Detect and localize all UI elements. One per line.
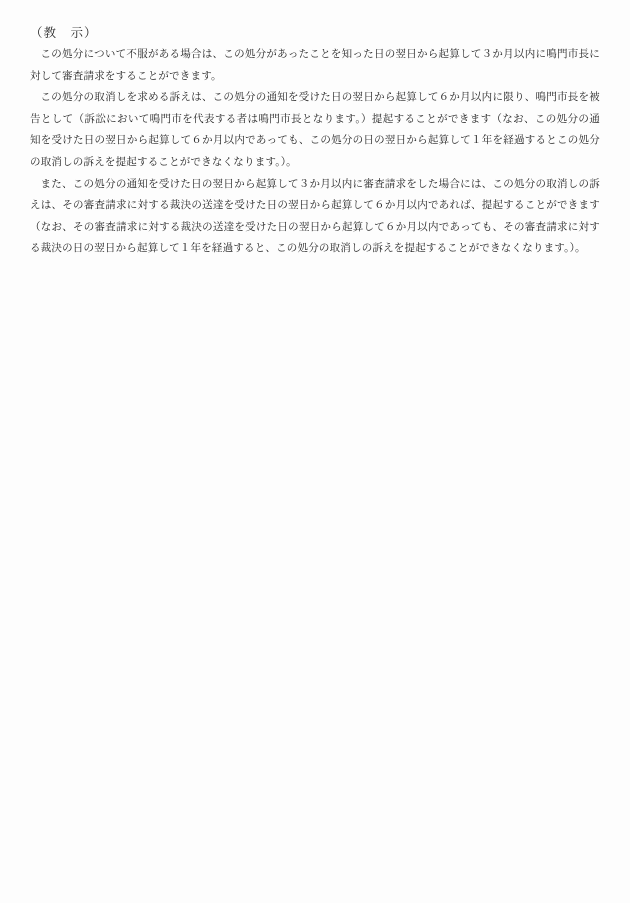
document-page: （教 示） この処分について不服がある場合は、この処分があったことを知った日の翌… (0, 0, 630, 903)
notice-paragraph-after-appeal-ruling: また、この処分の通知を受けた日の翌日から起算して３か月以内に審査請求をした場合に… (30, 174, 600, 260)
notice-title: （教 示） (30, 22, 600, 44)
notice-paragraph-revocation-suit: この処分の取消しを求める訴えは、この処分の通知を受けた日の翌日から起算して６か月… (30, 87, 600, 173)
notice-paragraph-appeal-request: この処分について不服がある場合は、この処分があったことを知った日の翌日から起算し… (30, 44, 600, 87)
